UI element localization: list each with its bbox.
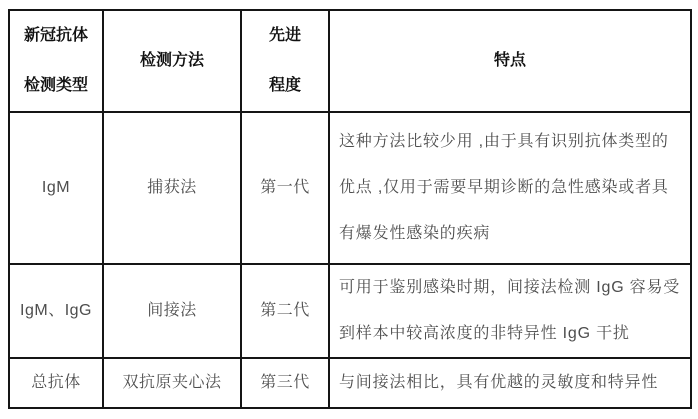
cell-method: 双抗原夹心法 <box>103 358 241 408</box>
header-type-line2: 检测类型 <box>10 61 102 111</box>
header-features-label: 特点 <box>330 36 690 86</box>
header-generation-line1: 先进 <box>242 11 328 61</box>
page-canvas: 新冠抗体 检测类型 检测方法 先进 程度 特点 IgM 捕获法 第一代 这种方法 <box>0 0 698 419</box>
cell-type: IgM、IgG <box>9 264 103 358</box>
header-cell-type: 新冠抗体 检测类型 <box>9 10 103 112</box>
cell-type: IgM <box>9 112 103 264</box>
table-row: IgM、IgG 间接法 第二代 可用于鉴别感染时期，间接法检测 IgG 容易受到… <box>9 264 691 358</box>
cell-features: 这种方法比较少用 ,由于具有识别抗体类型的优点 ,仅用于需要早期诊断的急性感染或… <box>329 112 691 264</box>
antibody-detection-table: 新冠抗体 检测类型 检测方法 先进 程度 特点 IgM 捕获法 第一代 这种方法 <box>8 9 692 409</box>
cell-generation: 第一代 <box>241 112 329 264</box>
header-generation-line2: 程度 <box>242 61 328 111</box>
header-method-label: 检测方法 <box>104 36 240 86</box>
cell-features: 与间接法相比，具有优越的灵敏度和特异性 <box>329 358 691 408</box>
cell-generation: 第三代 <box>241 358 329 408</box>
cell-features: 可用于鉴别感染时期，间接法检测 IgG 容易受到样本中较高浓度的非特异性 IgG… <box>329 264 691 358</box>
cell-method: 捕获法 <box>103 112 241 264</box>
table-row: IgM 捕获法 第一代 这种方法比较少用 ,由于具有识别抗体类型的优点 ,仅用于… <box>9 112 691 264</box>
header-cell-features: 特点 <box>329 10 691 112</box>
cell-type: 总抗体 <box>9 358 103 408</box>
header-cell-method: 检测方法 <box>103 10 241 112</box>
table-header-row: 新冠抗体 检测类型 检测方法 先进 程度 特点 <box>9 10 691 112</box>
header-type-line1: 新冠抗体 <box>10 11 102 61</box>
cell-method: 间接法 <box>103 264 241 358</box>
cell-generation: 第二代 <box>241 264 329 358</box>
table-row: 总抗体 双抗原夹心法 第三代 与间接法相比，具有优越的灵敏度和特异性 <box>9 358 691 408</box>
header-cell-generation: 先进 程度 <box>241 10 329 112</box>
